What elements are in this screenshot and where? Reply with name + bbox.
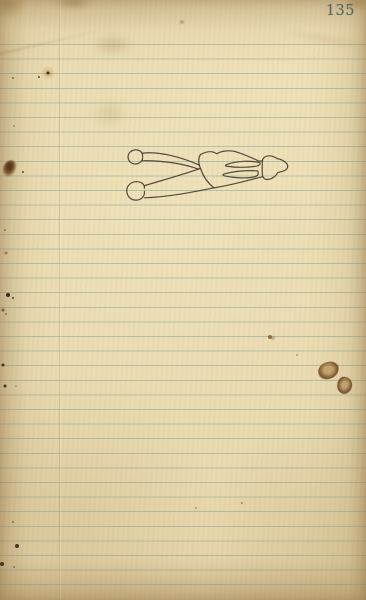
stain bbox=[0, 0, 28, 20]
ruled-lines bbox=[0, 44, 366, 592]
notebook-page: 135 bbox=[0, 0, 366, 600]
page-number: 135 bbox=[326, 4, 355, 19]
stain bbox=[52, 0, 94, 10]
ink-specks bbox=[0, 0, 2, 2]
